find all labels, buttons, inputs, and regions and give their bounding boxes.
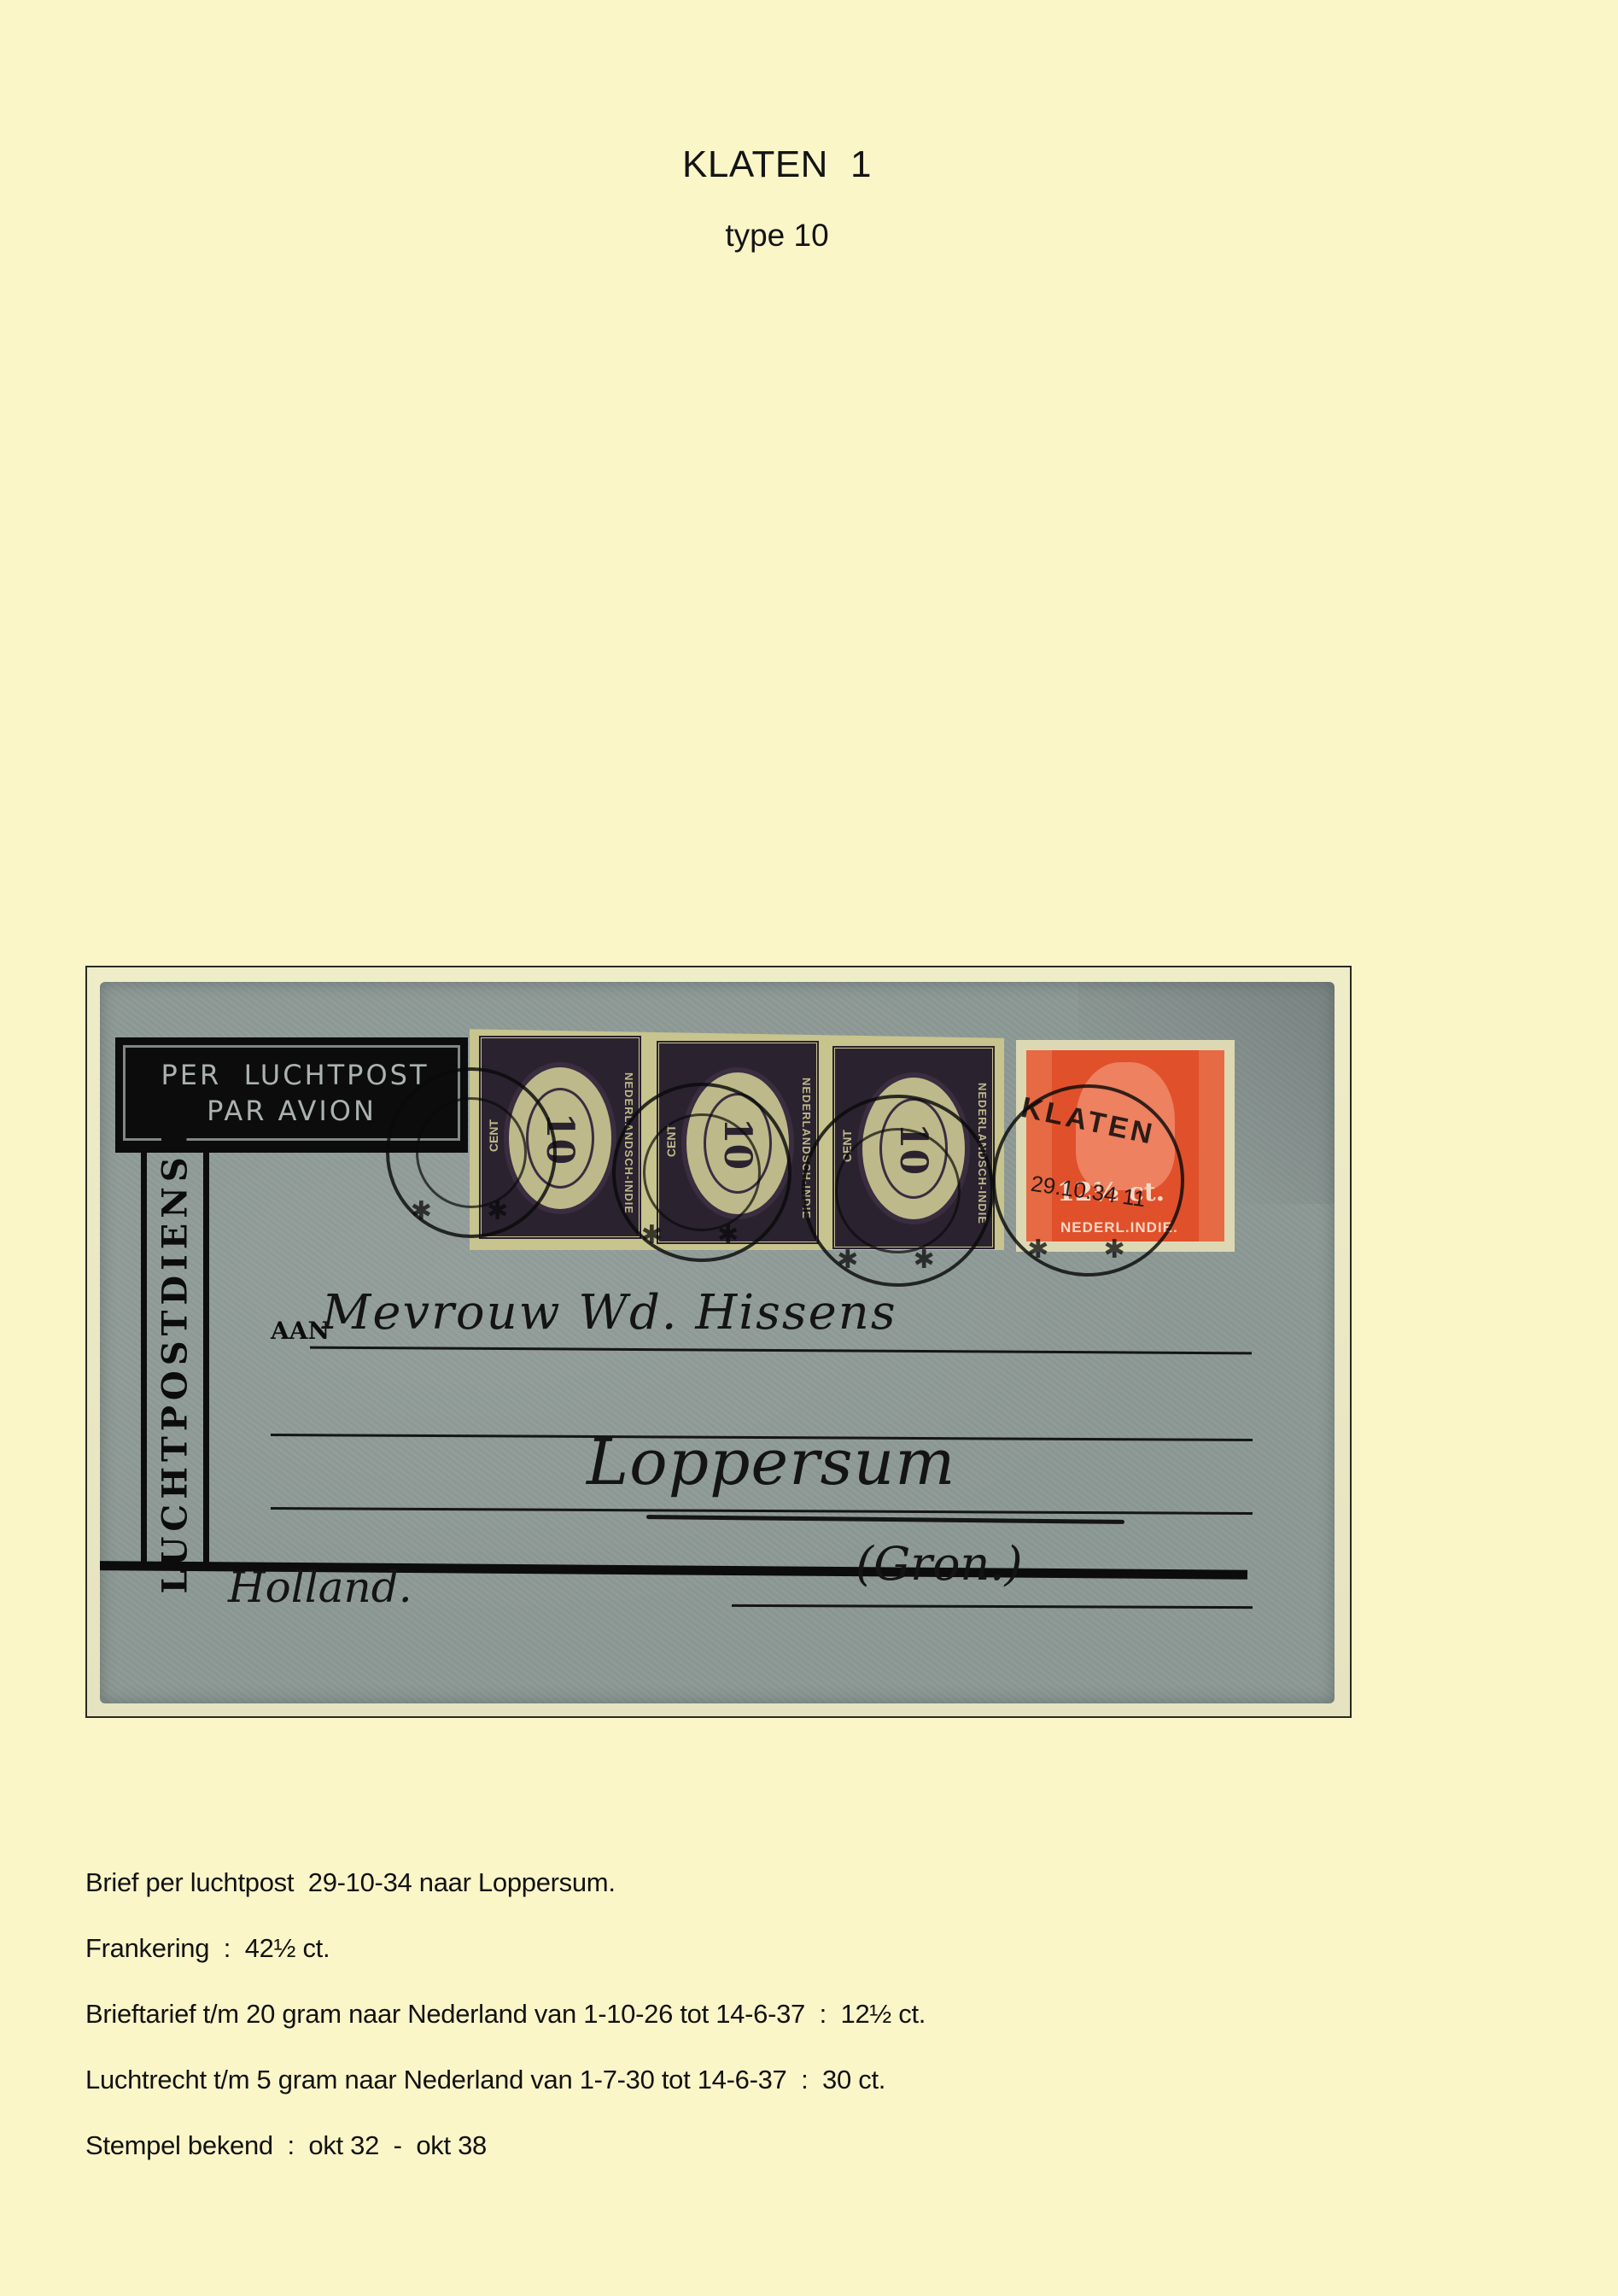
page-title: KLATEN1 (0, 143, 1554, 186)
handwritten-region: (Gron.) (856, 1537, 1023, 1591)
note-airmail-fee: Luchtrecht t/m 5 gram naar Nederland van… (85, 2064, 926, 2129)
handwritten-country: Holland. (228, 1563, 412, 1612)
postmark-stars-icon: ✱ ✱ (996, 1235, 1181, 1265)
address-line-4 (732, 1604, 1253, 1609)
airmail-label-line1: PER LUCHTPOST (161, 1057, 429, 1093)
postmark: ✱ ✱ (612, 1083, 791, 1262)
postmark-stars-icon: ✱ ✱ (389, 1196, 553, 1226)
postmark-date: 29.10.34 11 (995, 1166, 1182, 1218)
service-label: LUCHTPOSTDIENST (155, 1122, 196, 1594)
airmail-cover: PER LUCHTPOST PAR AVION LUCHTPOSTDIENST … (100, 982, 1335, 1703)
page-subtitle: type 10 (0, 218, 1554, 254)
description-notes: Brief per luchtpost 29-10-34 naar Lopper… (85, 1867, 926, 2195)
address-line-1 (310, 1347, 1252, 1355)
postmark-stars-icon: ✱ ✱ (805, 1245, 990, 1275)
address-line-3 (271, 1507, 1253, 1515)
postmark: ✱ ✱ (802, 1095, 994, 1287)
postmark: ✱ ✱ (386, 1067, 557, 1238)
handwritten-recipient: Mevrouw Wd. Hissens (322, 1285, 897, 1341)
title-number: 1 (850, 143, 872, 185)
postmark-stars-icon: ✱ ✱ (616, 1220, 788, 1250)
note-franking: Frankering : 42½ ct. (85, 1932, 926, 1998)
note-letter-rate: Brieftarief t/m 20 gram naar Nederland v… (85, 1998, 926, 2064)
postmark-klaten: KLATEN 29.10.34 11 ✱ ✱ (992, 1084, 1184, 1277)
title-town: KLATEN (682, 143, 828, 185)
address-prefix: AAN (271, 1317, 330, 1345)
service-label-box: LUCHTPOSTDIENST (141, 1153, 209, 1563)
handwritten-city: Loppersum (587, 1426, 955, 1499)
airmail-label-line2: PAR AVION (207, 1093, 377, 1129)
city-underline (646, 1515, 1124, 1524)
note-cover: Brief per luchtpost 29-10-34 naar Lopper… (85, 1867, 926, 1932)
note-cancel-known: Stempel bekend : okt 32 - okt 38 (85, 2129, 926, 2195)
